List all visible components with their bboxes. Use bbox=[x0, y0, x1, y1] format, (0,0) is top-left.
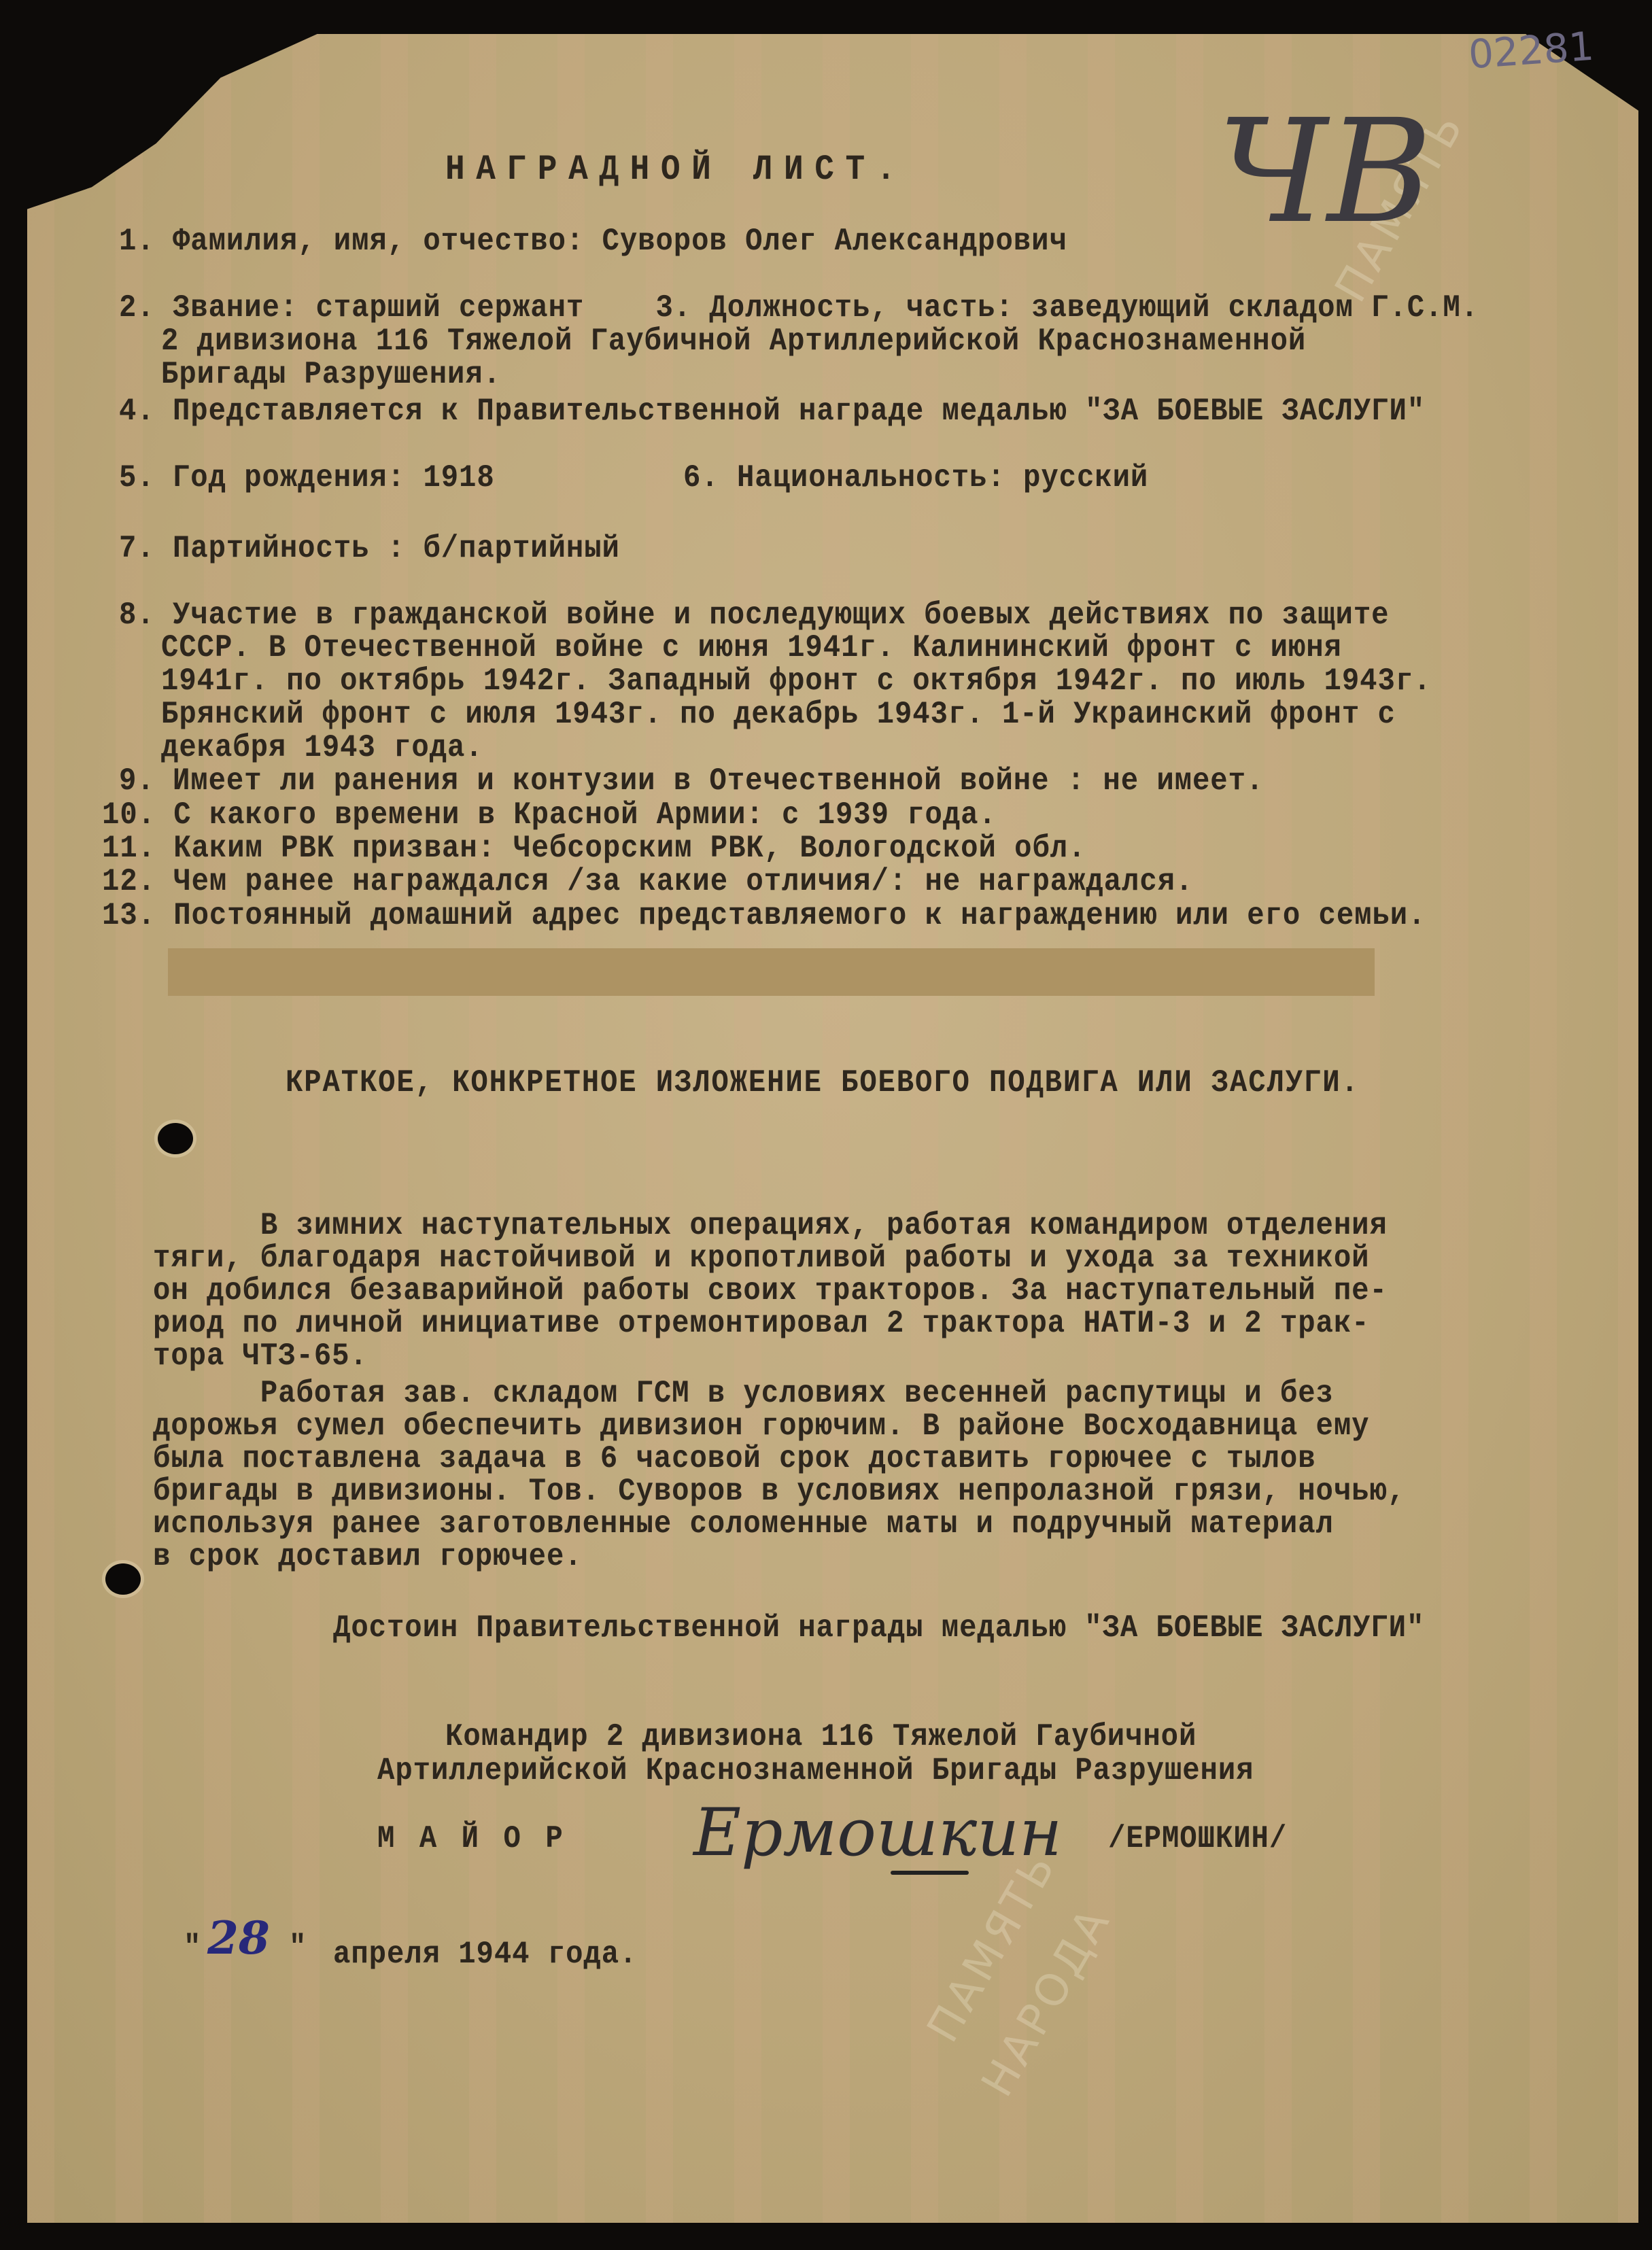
field-4-award: 4. Представляется к Правительственной на… bbox=[119, 394, 1425, 428]
narrative-line: В зимних наступательных операциях, работ… bbox=[153, 1209, 1388, 1243]
field-12-previous-awards: 12. Чем ранее награждался /за какие отли… bbox=[102, 865, 1193, 899]
date-close-quote: " bbox=[289, 1931, 307, 1965]
field-8-line-3: 1941г. по октябрь 1942г. Западный фронт … bbox=[161, 664, 1431, 698]
signatory-name: /ЕРМОШКИН/ bbox=[1108, 1822, 1287, 1856]
narrative-line: бригады в дивизионы. Тов. Суворов в усло… bbox=[153, 1474, 1405, 1508]
narrative-line: он добился безаварийной работы своих тра… bbox=[153, 1274, 1388, 1308]
field-8-line-5: декабря 1943 года. bbox=[161, 731, 483, 765]
field-8-line-2: СССР. В Отечественной войне с июня 1941г… bbox=[161, 631, 1342, 665]
document-content: ПАМЯТЬ ПАМЯТЬ НАРОДА 02281 ЧВ НАГРАДНОЙ … bbox=[0, 0, 1652, 2250]
signature-underline bbox=[891, 1871, 969, 1875]
signatory-title-line-2: Артиллерийской Краснознаменной Бригады Р… bbox=[377, 1754, 1254, 1788]
section-heading: КРАТКОЕ, КОНКРЕТНОЕ ИЗЛОЖЕНИЕ БОЕВОГО ПО… bbox=[286, 1066, 1360, 1100]
field-5-birth-year: 5. Год рождения: 1918 bbox=[119, 461, 495, 495]
narrative-line: используя ранее заготовленные соломенные… bbox=[153, 1507, 1334, 1541]
narrative-line: тора ЧТЗ-65. bbox=[153, 1339, 368, 1373]
punch-hole-upper bbox=[158, 1123, 193, 1154]
date-open-quote: " bbox=[184, 1931, 201, 1965]
narrative-line: риод по личной инициативе отремонтировал… bbox=[153, 1306, 1370, 1340]
field-7-party: 7. Партийность : б/партийный bbox=[119, 532, 620, 566]
field-3-unit-cont: Бригады Разрушения. bbox=[161, 358, 501, 392]
field-13-address-label: 13. Постоянный домашний адрес представля… bbox=[102, 899, 1426, 933]
signatory-title-line-1: Командир 2 дивизиона 116 Тяжелой Гаубичн… bbox=[445, 1720, 1197, 1754]
archive-number: 02281 bbox=[1467, 23, 1596, 78]
document-title: НАГРАДНОЙ ЛИСТ. bbox=[445, 153, 907, 187]
field-9-wounds: 9. Имеет ли ранения и контузии в Отечест… bbox=[119, 764, 1264, 798]
narrative-line: была поставлена задача в 6 часовой срок … bbox=[153, 1442, 1316, 1476]
pencil-mark: ЧВ bbox=[1217, 88, 1432, 255]
field-8-participation: 8. Участие в гражданской войне и последу… bbox=[119, 598, 1389, 632]
field-3-unit: 2 дивизиона 116 Тяжелой Гаубичной Артилл… bbox=[161, 324, 1306, 358]
date-day-handwritten: 28 bbox=[207, 1911, 270, 1965]
punch-hole-lower bbox=[105, 1563, 141, 1595]
field-11-draft-office: 11. Каким РВК призван: Чебсорским РВК, В… bbox=[102, 831, 1086, 865]
field-2-3-rank-position: 2. Звание: старший сержант 3. Должность,… bbox=[119, 291, 1479, 325]
narrative-line: дорожья сумел обеспечить дивизион горючи… bbox=[153, 1409, 1370, 1443]
address-redaction-bar bbox=[168, 948, 1375, 996]
handwritten-signature: Ермошкин bbox=[693, 1795, 1062, 1871]
field-1-name: 1. Фамилия, имя, отчество: Суворов Олег … bbox=[119, 224, 1067, 258]
date-month-year: апреля 1944 года. bbox=[333, 1937, 637, 1971]
narrative-line: в срок доставил горючее. bbox=[153, 1540, 583, 1574]
field-10-service-since: 10. С какого времени в Красной Армии: с … bbox=[102, 798, 997, 832]
field-8-line-4: Брянский фронт с июля 1943г. по декабрь … bbox=[161, 697, 1396, 731]
rank-label: М А Й О Р bbox=[377, 1822, 566, 1856]
field-6-nationality: 6. Национальность: русский bbox=[683, 461, 1148, 495]
narrative-line: Работая зав. складом ГСМ в условиях весе… bbox=[153, 1377, 1334, 1410]
conclusion-line: Достоин Правительственной награды медаль… bbox=[333, 1611, 1424, 1645]
narrative-line: тяги, благодаря настойчивой и кропотливо… bbox=[153, 1241, 1370, 1275]
